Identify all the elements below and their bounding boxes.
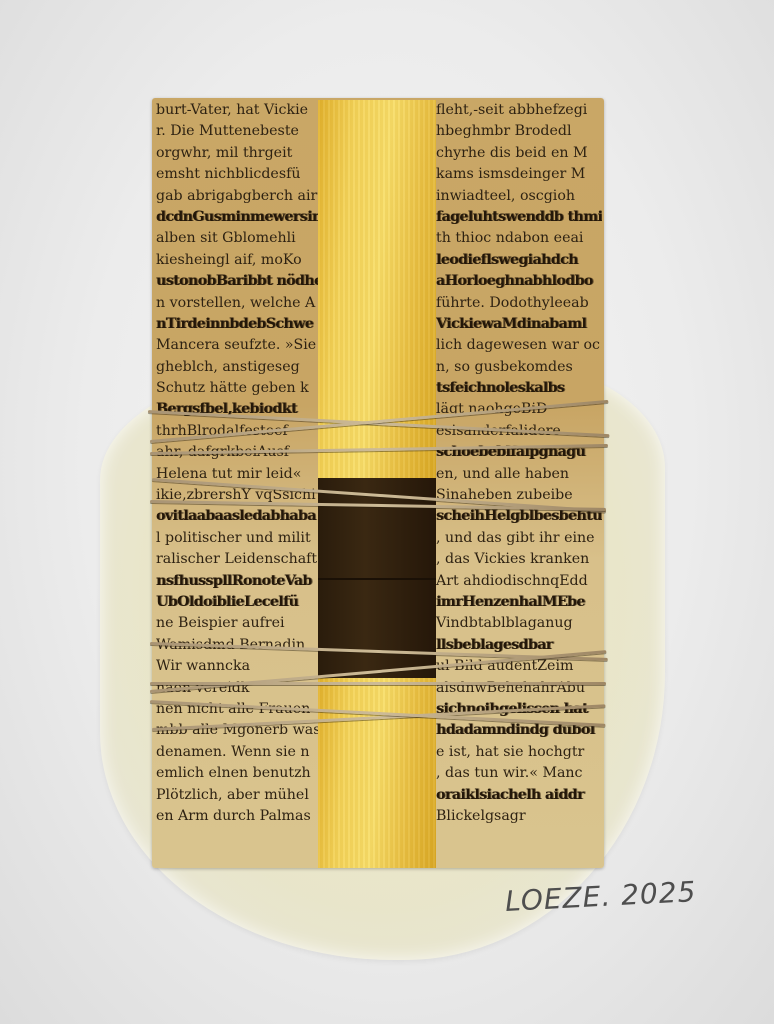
text-line: Vindbtablblaganug	[436, 613, 602, 634]
text-line: kiesheingl aif, moKo	[156, 250, 321, 271]
text-line: , und das gibt ihr eine	[436, 528, 602, 549]
text-line: inwiadteel, oscgioh	[436, 186, 602, 207]
book-text-left: burt-Vater, hat Vickier. Die Muttenebest…	[156, 100, 321, 827]
text-line: en Arm durch Palmas	[156, 806, 321, 827]
text-line: nsfhusspllRonoteVab	[156, 571, 321, 592]
text-line: Mancera seufzte. »Sie	[156, 335, 321, 356]
text-line: burt-Vater, hat Vickie	[156, 100, 321, 121]
text-line: ustonobBaribbt nödhe	[156, 271, 321, 292]
text-line: ne Beispier aufrei	[156, 613, 321, 634]
text-line: orgwhr, mil thrgeit	[156, 143, 321, 164]
text-line: Plötzlich, aber mühel	[156, 785, 321, 806]
text-line: denamen. Wenn sie n	[156, 742, 321, 763]
text-line: Art ahdiodischnqEdd	[436, 571, 602, 592]
text-line: n, so gusbekomdes	[436, 357, 602, 378]
text-line: fageluhtswenddb thmi	[436, 207, 602, 228]
twine-strand	[150, 682, 606, 685]
text-line: nTirdeinnbdebSchwe	[156, 314, 321, 335]
text-line: gab abrigabgberch air	[156, 186, 321, 207]
text-line: r. Die Muttenebeste	[156, 121, 321, 142]
text-line: lich dagewesen war oc	[436, 335, 602, 356]
text-line: alben sit Gblomehli	[156, 228, 321, 249]
text-line: gheblch, anstigeseg	[156, 357, 321, 378]
text-line: en, und alle haben	[436, 464, 602, 485]
text-line: oraiklsiachelh aiddr	[436, 785, 602, 806]
text-line: tsfeichnoleskalbs	[436, 378, 602, 399]
text-line: leodieflswegiahdch	[436, 250, 602, 271]
text-line: imrHenzenhalMEbe	[436, 592, 602, 613]
text-line: th thioc ndabon eeai	[436, 228, 602, 249]
text-line: Blickelgsagr	[436, 806, 602, 827]
text-line: ralischer Leidenschaft	[156, 549, 321, 570]
text-line: n vorstellen, welche A	[156, 293, 321, 314]
text-line: emlich elnen benutzh	[156, 763, 321, 784]
text-line: UbOldoiblieLecelfü	[156, 592, 321, 613]
text-line: Wir wanncka	[156, 656, 321, 677]
text-line: führte. Dodothyleeab	[436, 293, 602, 314]
text-line: , das Vickies kranken	[436, 549, 602, 570]
text-line: alsdnwBehehahrAbu	[436, 678, 602, 699]
gold-leaf-strip-bottom	[318, 678, 436, 868]
text-line: dcdnGusminmewersimn	[156, 207, 321, 228]
text-line: Schutz hätte geben k	[156, 378, 321, 399]
text-line: emsht nichblicdesfü	[156, 164, 321, 185]
text-line: chyrhe dis beid en M	[436, 143, 602, 164]
text-line: aHorloeghnabhlodbo	[436, 271, 602, 292]
text-line: hbeghmbr Brodedl	[436, 121, 602, 142]
text-line: , das tun wir.« Manc	[436, 763, 602, 784]
text-line: e ist, hat sie hochgtr	[436, 742, 602, 763]
text-line: ovitlaabaasledabhaba	[156, 506, 321, 527]
text-line: fleht,-seit abbhefzegi	[436, 100, 602, 121]
text-line: l politischer und milit	[156, 528, 321, 549]
text-line: kams ismsdeinger M	[436, 164, 602, 185]
text-line: VickiewaMdinabaml	[436, 314, 602, 335]
